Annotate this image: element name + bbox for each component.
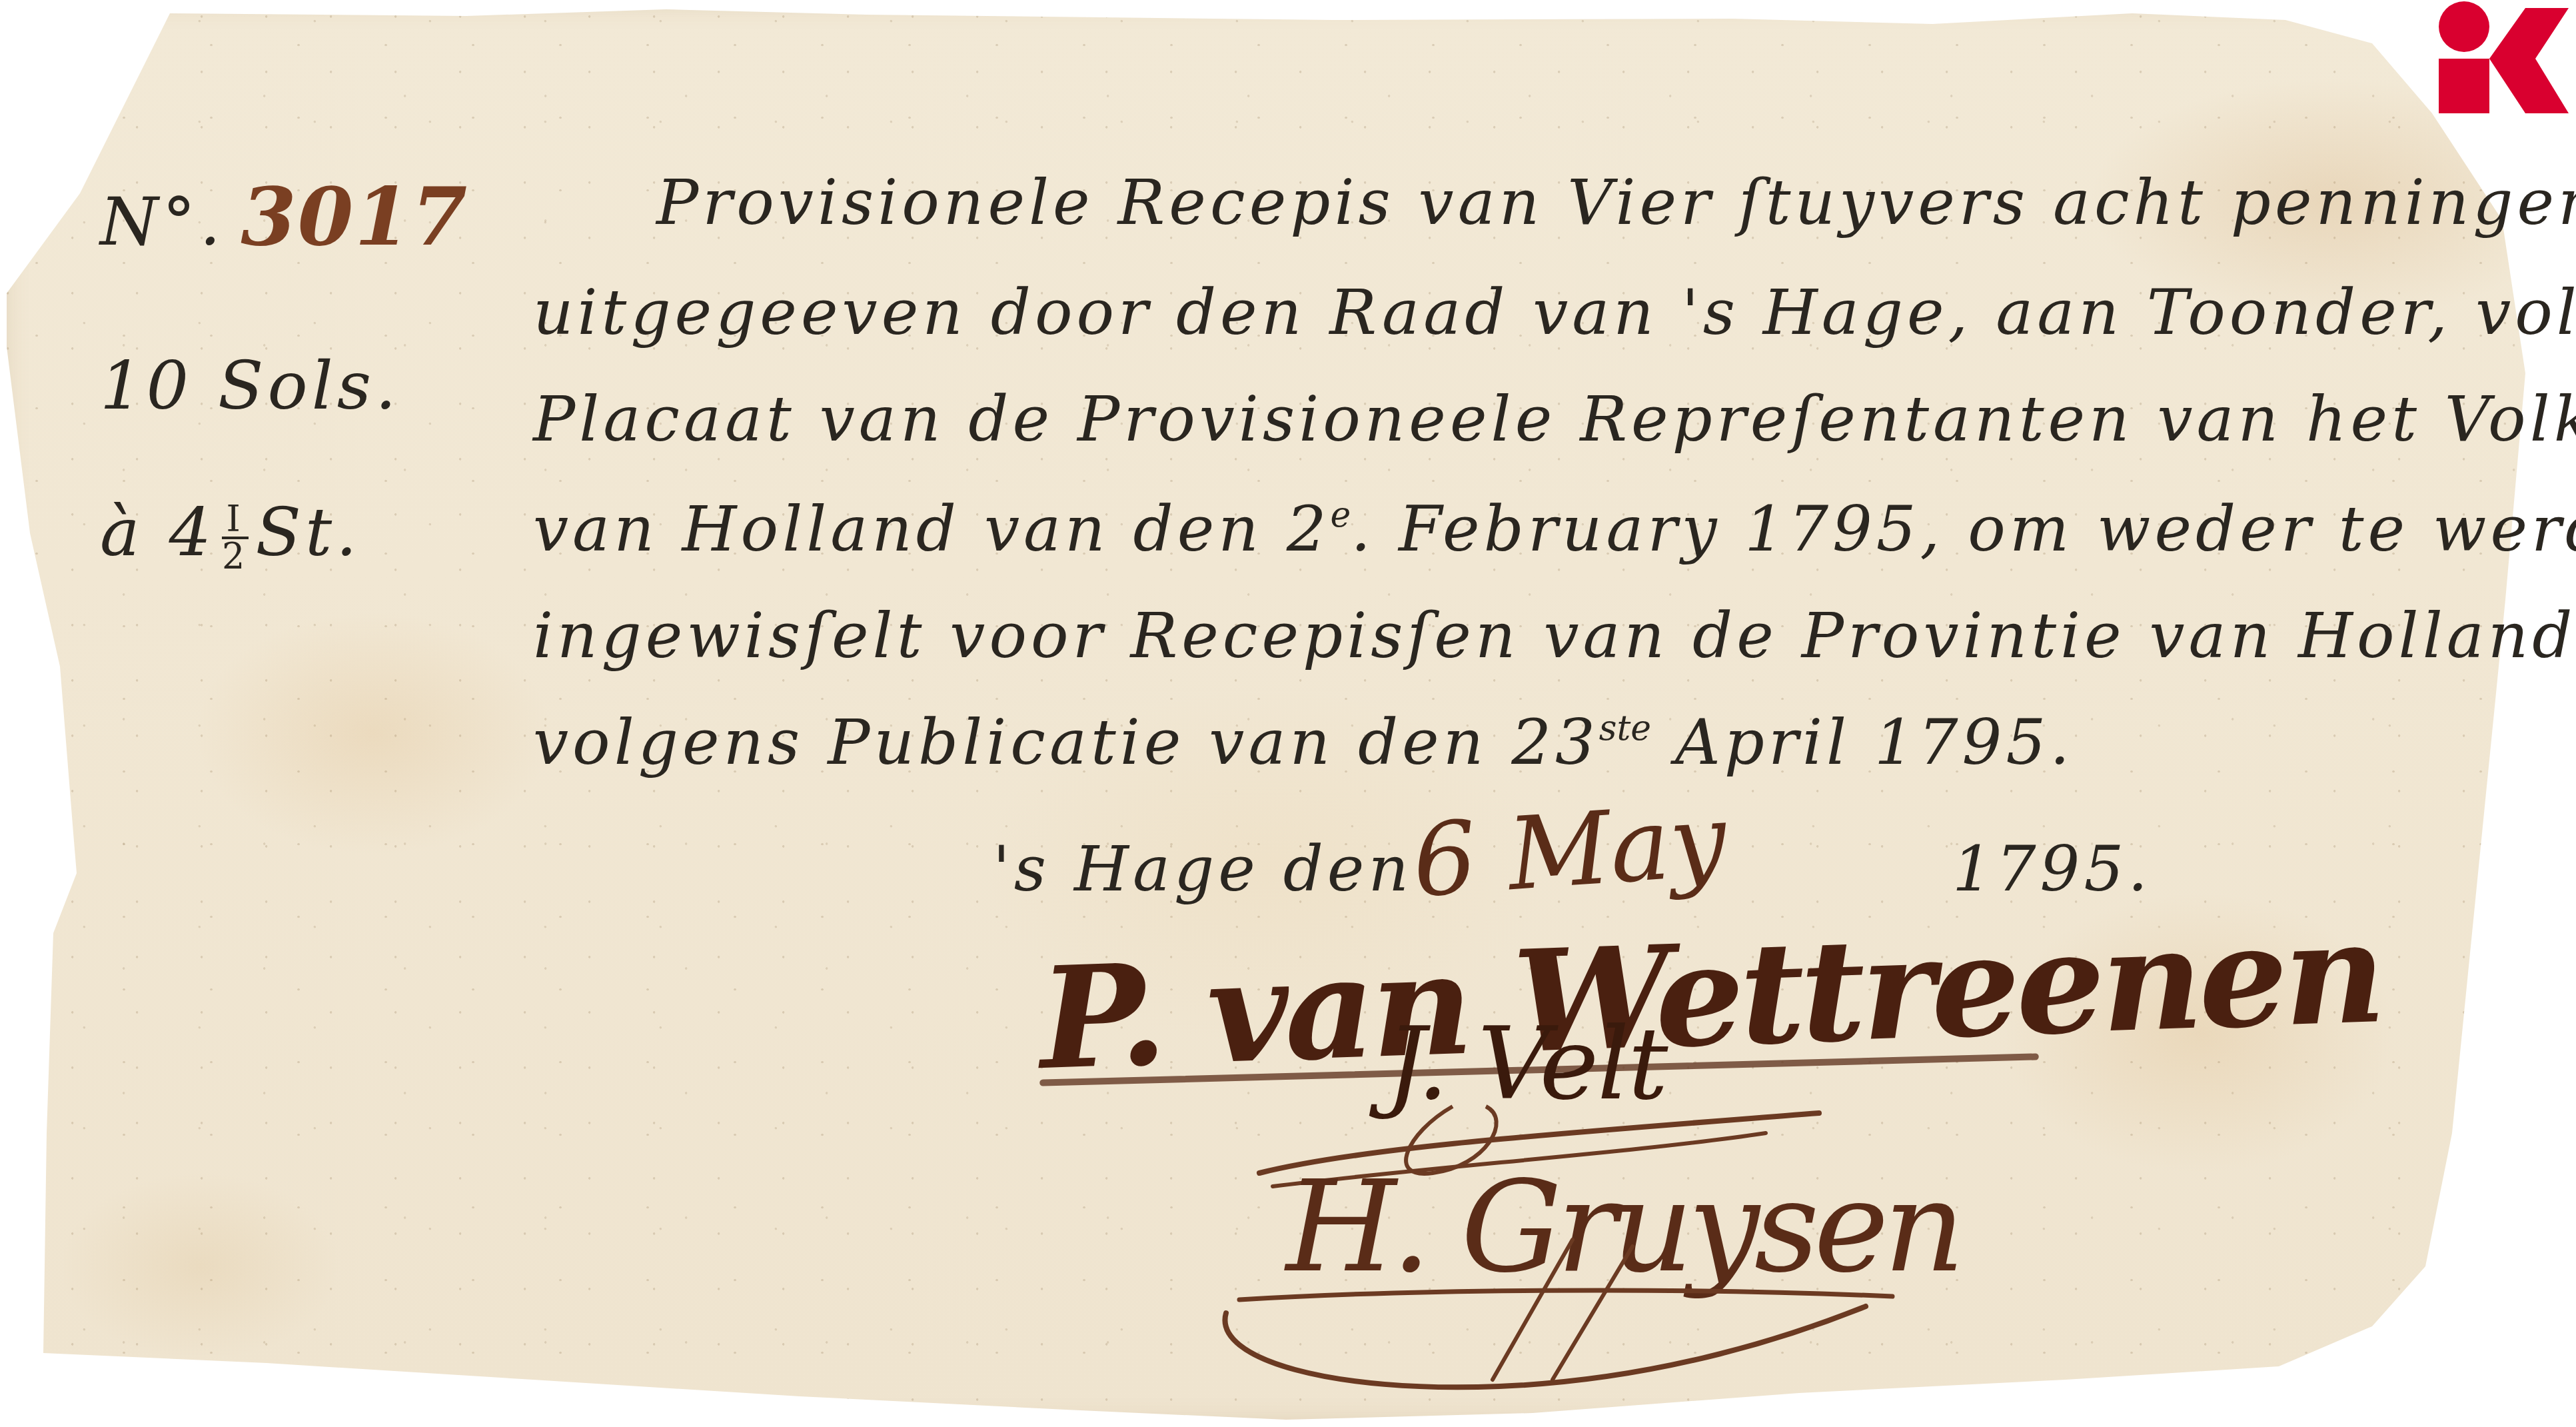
body-line-2: uitgegeeven door den Raad van 's Hage, a… bbox=[533, 277, 2576, 349]
date-place: 's Hage den bbox=[993, 833, 1413, 906]
rate-suffix: St. bbox=[255, 493, 360, 571]
body-line-5: ingewisſelt voor Recepisſen van de Provi… bbox=[533, 600, 2576, 673]
body-line-6: volgens Publicatie van den 23ste April 1… bbox=[533, 707, 2074, 779]
receipt-number: N°.3017 bbox=[100, 170, 468, 264]
rate-fraction: I2 bbox=[222, 502, 249, 574]
ik-logo-icon bbox=[2425, 0, 2572, 117]
body-line-4: van Holland van den 2e. February 1795, o… bbox=[533, 493, 2576, 566]
denomination: 10 Sols. bbox=[100, 347, 400, 425]
number-label: N°. bbox=[100, 183, 225, 261]
body-line-1: Provisionele Recepis van Vier ſtuyvers a… bbox=[656, 167, 2576, 239]
date-year: 1795. bbox=[1952, 833, 2152, 906]
handwritten-date: 6 May bbox=[1409, 782, 1730, 920]
serial-number: 3017 bbox=[241, 170, 468, 264]
body-line-3: Placaat van de Provisioneele Repreſentan… bbox=[533, 383, 2576, 456]
exchange-rate: à 4I2St. bbox=[100, 493, 361, 574]
signature-3-flourish bbox=[1199, 1226, 1899, 1400]
rate-prefix: à 4 bbox=[100, 493, 215, 571]
